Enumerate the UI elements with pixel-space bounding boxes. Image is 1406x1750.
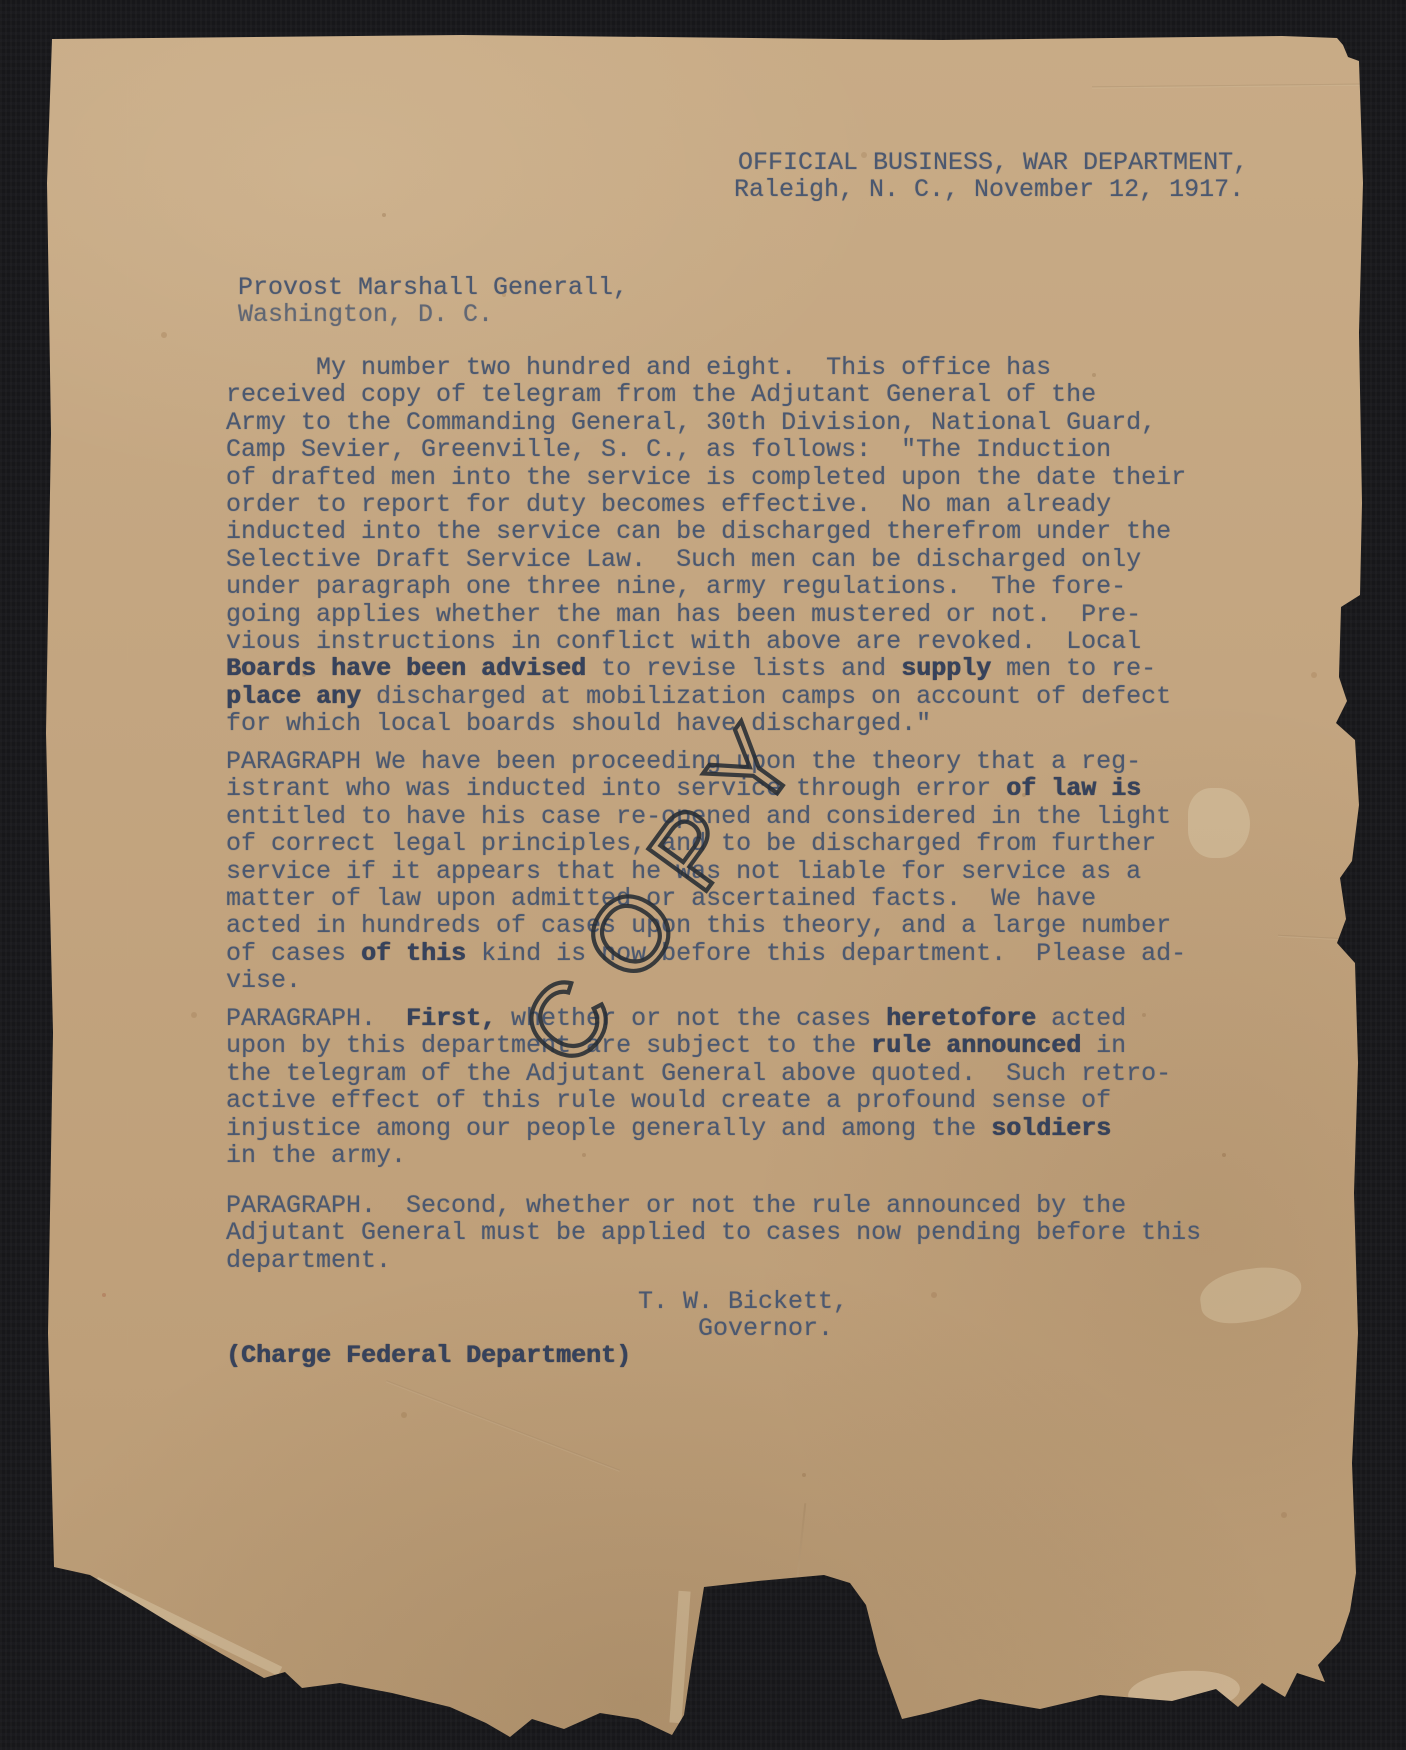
- signature-title: Governor.: [698, 1314, 833, 1343]
- letterhead-line2: Raleigh, N. C., November 12, 1917.: [734, 175, 1244, 204]
- typed-line: vious instructions in conflict with abov…: [226, 628, 1186, 655]
- tear-highlight-bottom-left: [94, 1577, 283, 1676]
- typed-line: PARAGRAPH. Second, whether or not the ru…: [226, 1192, 1201, 1219]
- paper-fiber-specks: [42, 33, 46, 37]
- tear-highlight-notch: [669, 1591, 690, 1724]
- typed-line: inducted into the service can be dischar…: [226, 518, 1186, 545]
- copy-stamp: COPY: [450, 673, 910, 1113]
- typed-line: Adjutant General must be applied to case…: [226, 1219, 1201, 1246]
- typed-line: received copy of telegram from the Adjut…: [226, 381, 1186, 408]
- crease-top-right: [1092, 84, 1360, 89]
- tear-highlight-right-lower: [1197, 1262, 1305, 1328]
- copy-stamp-text: COPY: [499, 682, 837, 1086]
- signature-name: T. W. Bickett,: [638, 1287, 848, 1316]
- typed-line: Camp Sevier, Greenville, S. C., as follo…: [226, 436, 1186, 463]
- crease-bottom-center: [792, 1503, 807, 1623]
- typed-line: of drafted men into the service is compl…: [226, 464, 1186, 491]
- typed-line: going applies whether the man has been m…: [226, 601, 1186, 628]
- tear-highlight-right-mid: [1188, 788, 1250, 858]
- addressee-name: Provost Marshall Generall,: [238, 273, 628, 302]
- signature-charge: (Charge Federal Department): [226, 1341, 631, 1370]
- typed-line: Army to the Commanding General, 30th Div…: [226, 409, 1186, 436]
- paragraph: PARAGRAPH. Second, whether or not the ru…: [226, 1192, 1201, 1274]
- typed-line: Selective Draft Service Law. Such men ca…: [226, 546, 1186, 573]
- typed-line: injustice among our people generally and…: [226, 1115, 1171, 1142]
- typed-line: order to report for duty becomes effecti…: [226, 491, 1186, 518]
- letterhead-line1: OFFICIAL BUSINESS, WAR DEPARTMENT,: [738, 148, 1248, 177]
- letter-paper: OFFICIAL BUSINESS, WAR DEPARTMENT, Ralei…: [42, 33, 1364, 1749]
- typed-line: department.: [226, 1247, 1201, 1274]
- typed-line: in the army.: [226, 1142, 1171, 1169]
- typed-line: under paragraph one three nine, army reg…: [226, 573, 1186, 600]
- crease-right-lower: [1278, 935, 1362, 941]
- crease-bottom-left: [386, 1380, 620, 1471]
- typed-line: My number two hundred and eight. This of…: [226, 354, 1186, 381]
- tear-highlight-bottom-right: [1127, 1667, 1242, 1717]
- addressee-city: Washington, D. C.: [238, 300, 493, 329]
